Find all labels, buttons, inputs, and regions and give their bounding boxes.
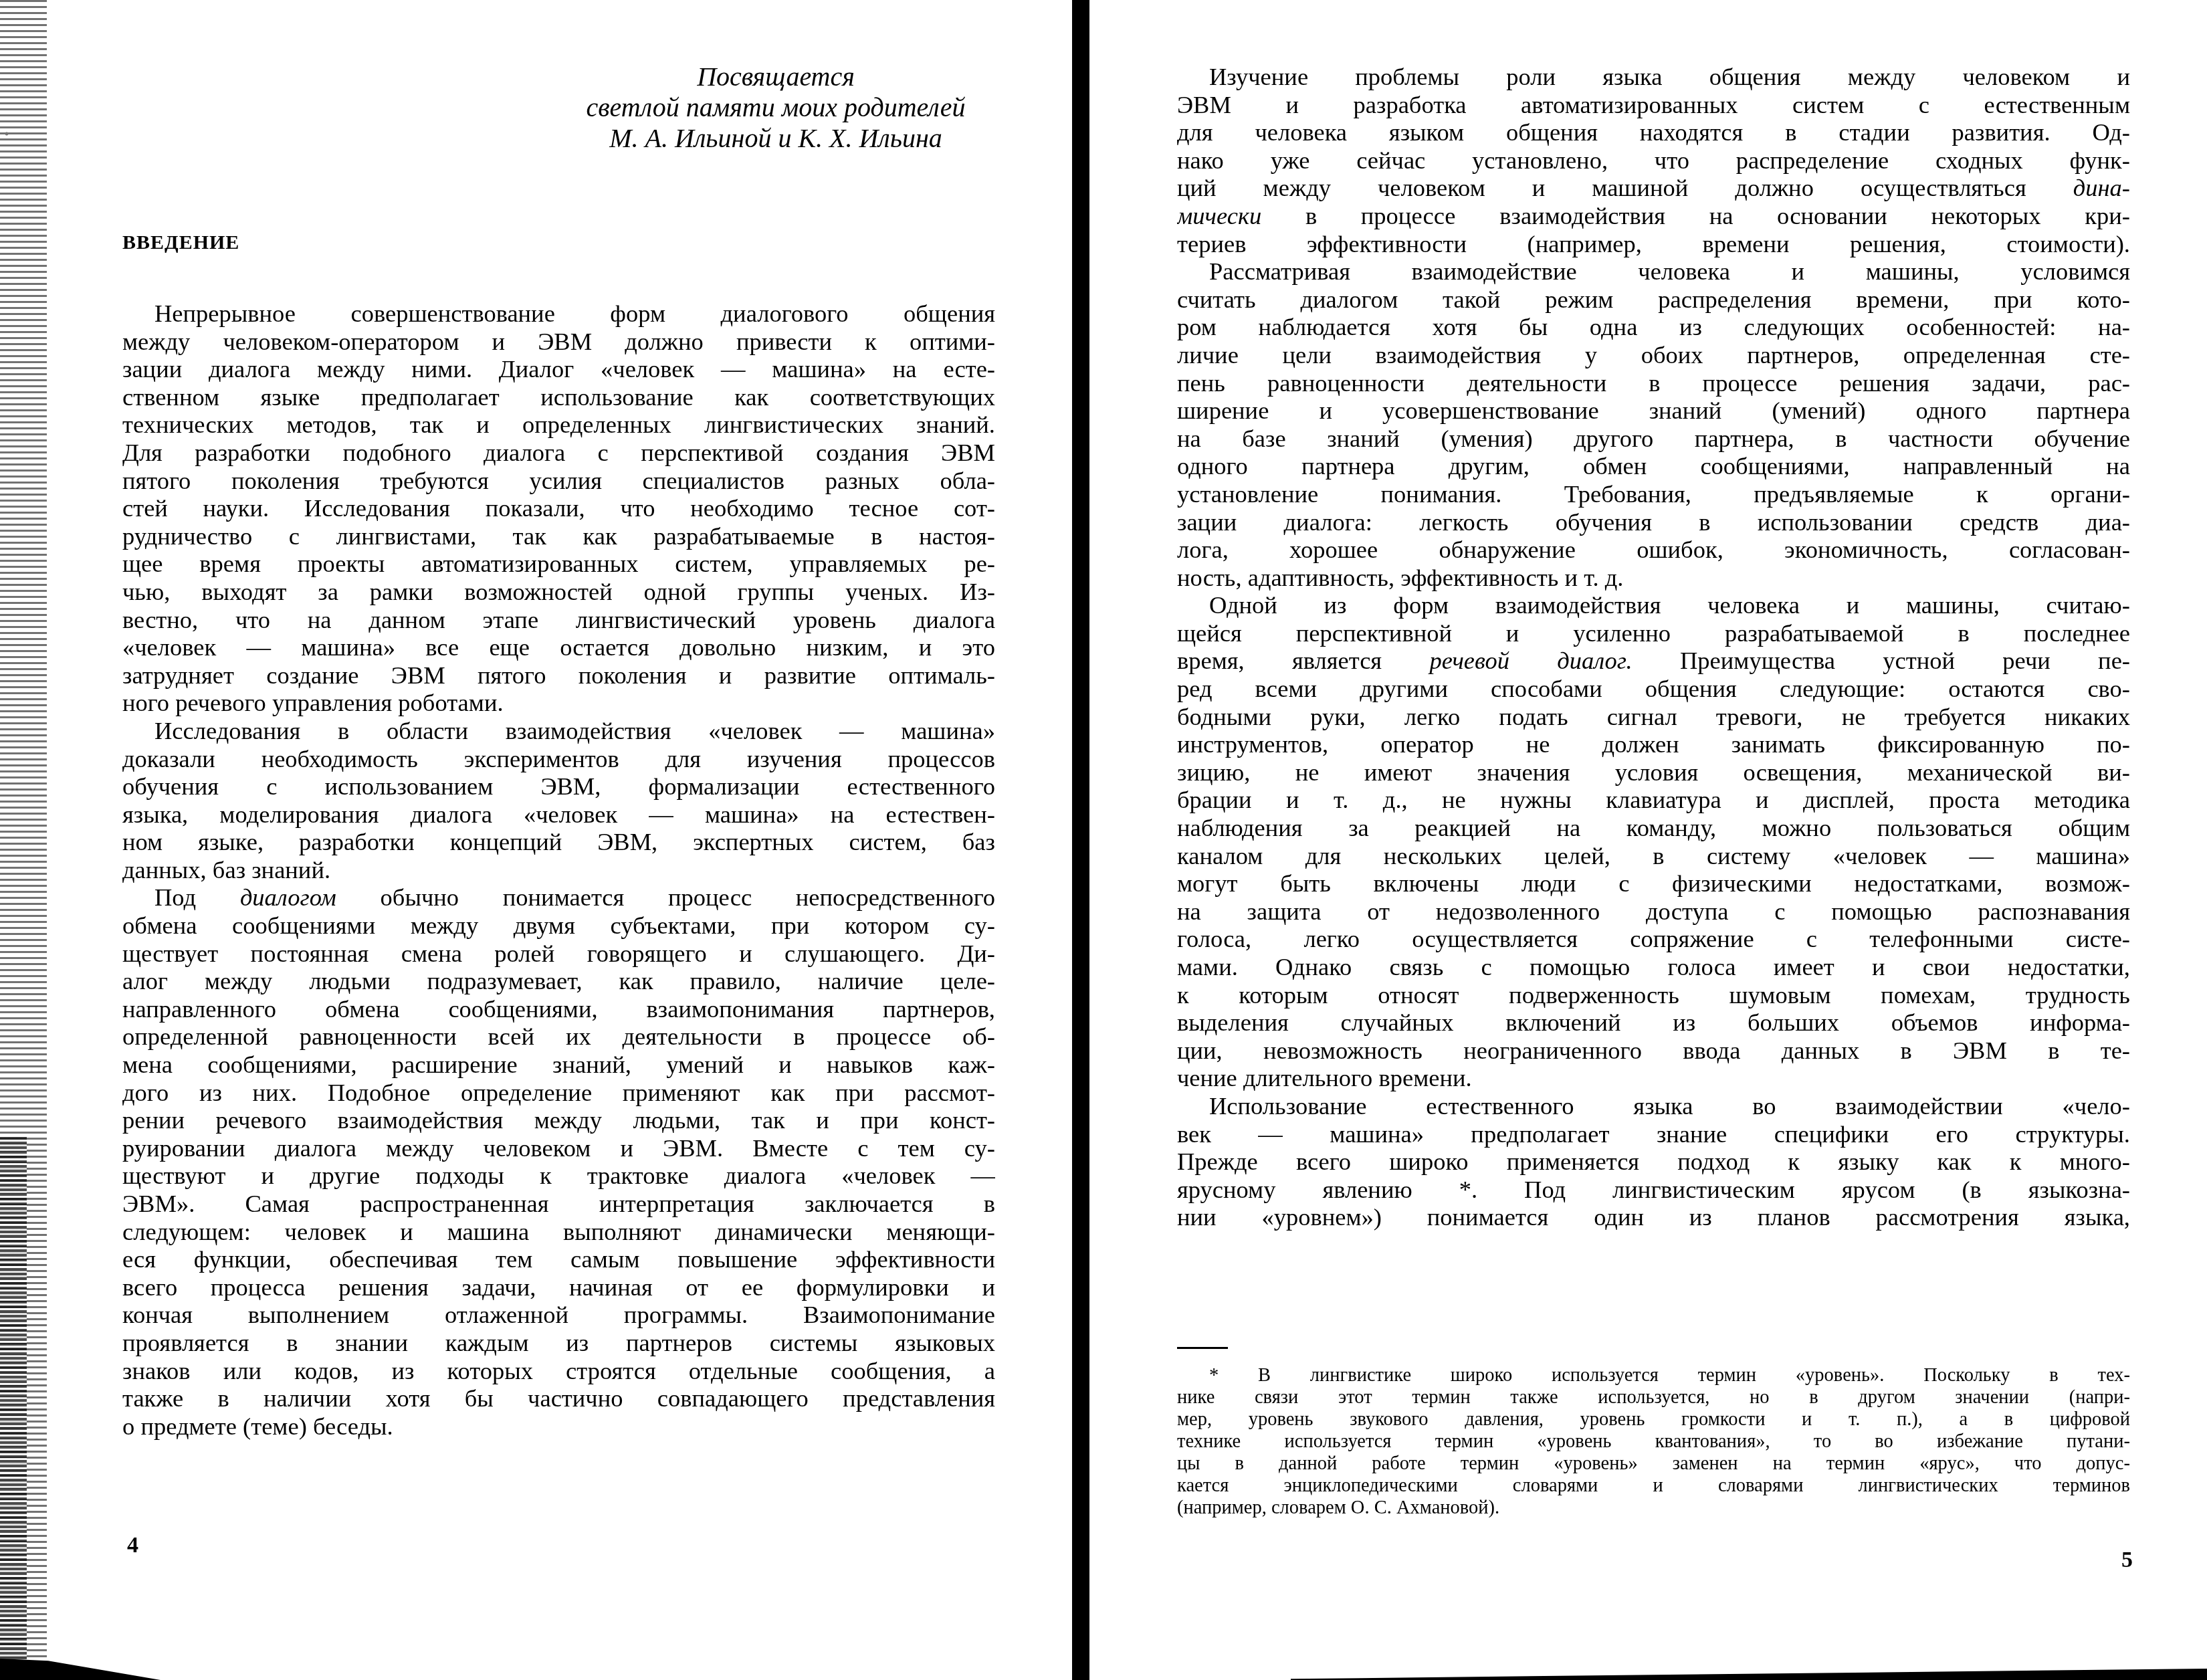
text-line: ЭВМ». Самая распространенная интерпретац… — [122, 1190, 995, 1218]
dedication-line: светлой памяти моих родителей — [535, 92, 1017, 123]
text-line: щее время проекты автоматизированных сис… — [122, 550, 995, 578]
scan-shadow — [0, 1659, 161, 1680]
text-line: алог между людьми подразумевает, как пра… — [122, 967, 995, 995]
text-line: ного речевого управления роботами. — [122, 689, 995, 717]
text-line: для человека языком общения находятся в … — [1177, 118, 2130, 146]
dedication-line: М. А. Ильиной и К. Х. Ильина — [535, 123, 1017, 154]
text-line: определенной равноценности всей их деяте… — [122, 1023, 995, 1051]
dedication: Посвящается светлой памяти моих родителе… — [535, 62, 1017, 154]
text-line: мами. Однако связь с помощью голоса имее… — [1177, 953, 2130, 981]
text-line: * В лингвистике широко используется терм… — [1177, 1364, 2130, 1386]
text-line: Рассматривая взаимодействие человека и м… — [1177, 257, 2130, 286]
text-line: пень равноценности деятельности в процес… — [1177, 369, 2130, 397]
text-span: Преимущества устной речи пе- — [1633, 647, 2130, 674]
text-line: чение длительного времени. — [1177, 1064, 2130, 1092]
text-line: направленного обмена сообщениями, взаимо… — [122, 995, 995, 1023]
text-line: вестно, что на данном этапе лингвистичес… — [122, 606, 995, 634]
italic-term: речевой диалог. — [1429, 647, 1632, 674]
text-span: время, является — [1177, 647, 1429, 674]
text-line: обмена сообщениями между двумя субъектам… — [122, 912, 995, 940]
text-line: ществуют и другие подходы к трактовке ди… — [122, 1162, 995, 1190]
text-line: каналом для нескольких целей, в систему … — [1177, 842, 2130, 870]
italic-term: диалогом — [240, 883, 336, 911]
text-line: руировании диалога между человеком и ЭВМ… — [122, 1134, 995, 1162]
text-line: знаков или кодов, из которых строятся от… — [122, 1357, 995, 1385]
text-line: рении речевого взаимодействия между людь… — [122, 1106, 995, 1134]
text-line: голоса, легко осуществляется сопряжение … — [1177, 925, 2130, 953]
text-span: ций между человеком и машиной должно осу… — [1177, 174, 2073, 201]
text-line: считать диалогом такой режим распределен… — [1177, 286, 2130, 314]
book-spine — [1072, 0, 1089, 1680]
text-line: обучения с использованием ЭВМ, формализа… — [122, 772, 995, 801]
text-line: ром наблюдается хотя бы одна из следующи… — [1177, 313, 2130, 341]
italic-term: дина- — [2073, 174, 2130, 201]
text-line: зицию, не имеют значения условия освещен… — [1177, 758, 2130, 786]
text-line: ЭВМ и разработка автоматизированных сист… — [1177, 91, 2130, 119]
text-line: век — машина» предполагает знание специф… — [1177, 1120, 2130, 1148]
scan-edge-noise-bottom — [0, 1137, 27, 1680]
text-line: пятого поколения требуются усилия специа… — [122, 467, 995, 495]
text-line: инструментов, оператор не должен занимат… — [1177, 730, 2130, 758]
text-line: Исследования в области взаимодействия «ч… — [122, 717, 995, 745]
text-line: ций между человеком и машиной должно осу… — [1177, 174, 2130, 202]
footnote-rule — [1177, 1347, 1228, 1349]
text-line: о предмете (теме) беседы. — [122, 1412, 995, 1441]
text-line: всего процесса решения задачи, начиная о… — [122, 1273, 995, 1301]
chapter-heading: ВВЕДЕНИЕ — [122, 231, 239, 254]
text-line: технике используется термин «уровень ква… — [1177, 1431, 2130, 1453]
text-line: Одной из форм взаимодействия человека и … — [1177, 591, 2130, 619]
text-line: Изучение проблемы роли языка общения меж… — [1177, 63, 2130, 91]
text-span: в процессе взаимодействия на основании н… — [1261, 202, 2130, 229]
text-line: Под диалогом обычно понимается процесс н… — [122, 883, 995, 912]
text-line: наблюдения за реакцией на команду, можно… — [1177, 814, 2130, 842]
text-line: дого из них. Подобное определение примен… — [122, 1079, 995, 1107]
text-line: Прежде всего широко применяется подход к… — [1177, 1148, 2130, 1176]
text-line: ярусному явлению *. Под лингвистическим … — [1177, 1176, 2130, 1204]
text-line: ред всеми другими способами общения след… — [1177, 675, 2130, 703]
dedication-line: Посвящается — [535, 62, 1017, 92]
text-line: кается энциклопедическими словарями и сл… — [1177, 1475, 2130, 1497]
page-number-right: 5 — [2121, 1548, 2133, 1573]
text-line: Для разработки подобного диалога с персп… — [122, 439, 995, 467]
text-line: (например, словарем О. С. Ахмановой). — [1177, 1497, 2130, 1519]
text-line: мена сообщениями, расширение знаний, уме… — [122, 1051, 995, 1079]
text-line: на базе знаний (умения) другого партнера… — [1177, 425, 2130, 453]
text-line: ственном языке предполагает использовани… — [122, 383, 995, 411]
text-line: зации диалога: легкость обучения в испол… — [1177, 508, 2130, 536]
page-number-left: 4 — [127, 1533, 138, 1558]
text-line: цы в данной работе термин «уровень» заме… — [1177, 1453, 2130, 1475]
text-line: ществует постоянная смена ролей говоряще… — [122, 940, 995, 968]
text-line: лога, хорошее обнаружение ошибок, эконом… — [1177, 536, 2130, 564]
text-line: установление понимания. Требования, пред… — [1177, 480, 2130, 508]
text-line: между человеком-оператором и ЭВМ должно … — [122, 328, 995, 356]
italic-term: мически — [1177, 202, 1261, 229]
text-line: доказали необходимость экспериментов для… — [122, 745, 995, 773]
text-line: личие цели взаимодействия у обоих партне… — [1177, 341, 2130, 369]
text-line: зации диалога между ними. Диалог «челове… — [122, 355, 995, 383]
text-line: ном языке, разработки концепций ЭВМ, экс… — [122, 828, 995, 856]
text-line: ции, невозможность неограниченного ввода… — [1177, 1037, 2130, 1065]
text-line: чью, выходят за рамки возможностей одной… — [122, 578, 995, 606]
text-line: Непрерывное совершенствование форм диало… — [122, 300, 995, 328]
text-line: затрудняет создание ЭВМ пятого поколения… — [122, 661, 995, 690]
text-line: нике связи этот термин также используетс… — [1177, 1386, 2130, 1408]
text-line: бодными руки, легко подать сигнал тревог… — [1177, 703, 2130, 731]
text-line: рудничество с лингвистами, так как разра… — [122, 522, 995, 550]
text-line: технических методов, так и определенных … — [122, 411, 995, 439]
text-line: брации и т. д., не нужны клавиатура и ди… — [1177, 786, 2130, 814]
text-line: следующем: человек и машина выполняют ди… — [122, 1218, 995, 1246]
text-line: одного партнера другим, обмен сообщениям… — [1177, 452, 2130, 480]
text-line: кончая выполнением отлаженной программы.… — [122, 1301, 995, 1329]
text-line: к которым относят подверженность шумовым… — [1177, 981, 2130, 1009]
text-line: ширение и усовершенствование знаний (уме… — [1177, 397, 2130, 425]
footnote: * В лингвистике широко используется терм… — [1177, 1364, 2130, 1519]
text-line: ность, адаптивность, эффективность и т. … — [1177, 564, 2130, 592]
scan-shadow — [1291, 1669, 2207, 1680]
text-line: мически в процессе взаимодействия на осн… — [1177, 202, 2130, 230]
text-line: выделения случайных включений из больших… — [1177, 1009, 2130, 1037]
text-line: могут быть включены люди с физическими н… — [1177, 869, 2130, 898]
text-line: еся функции, обеспечивая тем самым повыш… — [122, 1245, 995, 1273]
left-page-body: Непрерывное совершенствование форм диало… — [122, 300, 995, 1440]
right-page-body: Изучение проблемы роли языка общения меж… — [1177, 63, 2130, 1231]
text-line: Использование естественного языка во вза… — [1177, 1092, 2130, 1120]
text-span: обычно понимается процесс непосредственн… — [336, 883, 995, 911]
text-span: Под — [154, 883, 240, 911]
text-line: на защита от недозволенного доступа с по… — [1177, 898, 2130, 926]
text-line: также в наличии хотя бы частично совпада… — [122, 1384, 995, 1412]
text-line: нако уже сейчас установлено, что распред… — [1177, 146, 2130, 175]
text-line: мер, уровень звукового давления, уровень… — [1177, 1408, 2130, 1431]
text-line: териев эффективности (например, времени … — [1177, 230, 2130, 258]
text-line: проявляется в знании каждым из партнеров… — [122, 1329, 995, 1357]
text-line: языка, моделирования диалога «человек — … — [122, 801, 995, 829]
text-line: «человек — машина» все еще остается дово… — [122, 633, 995, 661]
text-line: щейся перспективной и усиленно разрабаты… — [1177, 619, 2130, 647]
text-line: данных, баз знаний. — [122, 856, 995, 884]
text-line: время, является речевой диалог. Преимуще… — [1177, 647, 2130, 675]
text-line: нии «уровнем») понимается один из планов… — [1177, 1203, 2130, 1231]
text-line: стей науки. Исследования показали, что н… — [122, 494, 995, 522]
